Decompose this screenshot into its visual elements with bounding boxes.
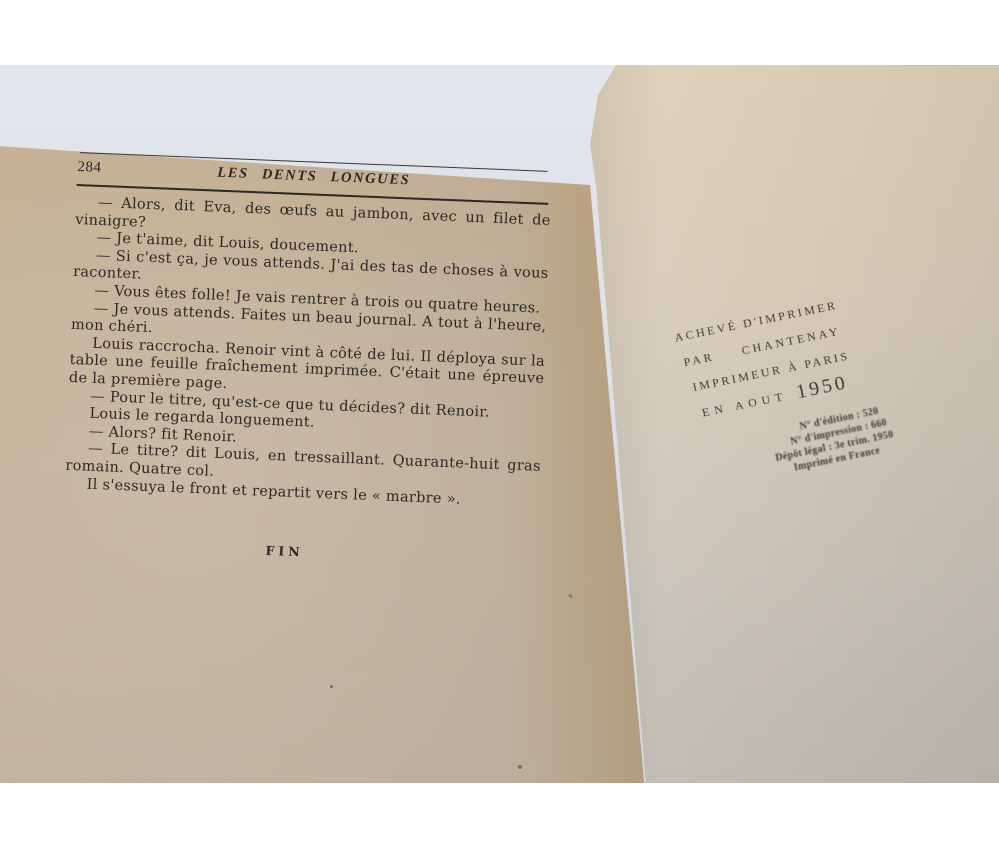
page-number: 284: [77, 159, 138, 178]
paper-speck: [330, 685, 333, 688]
paper-speck: [518, 765, 522, 769]
left-page-text: 284 LES DENTS LONGUES — Alors, dit Eva, …: [62, 152, 553, 569]
body-text: — Alors, dit Eva, des œufs au jambon, av…: [64, 194, 551, 512]
running-title: LES DENTS LONGUES: [217, 165, 411, 190]
